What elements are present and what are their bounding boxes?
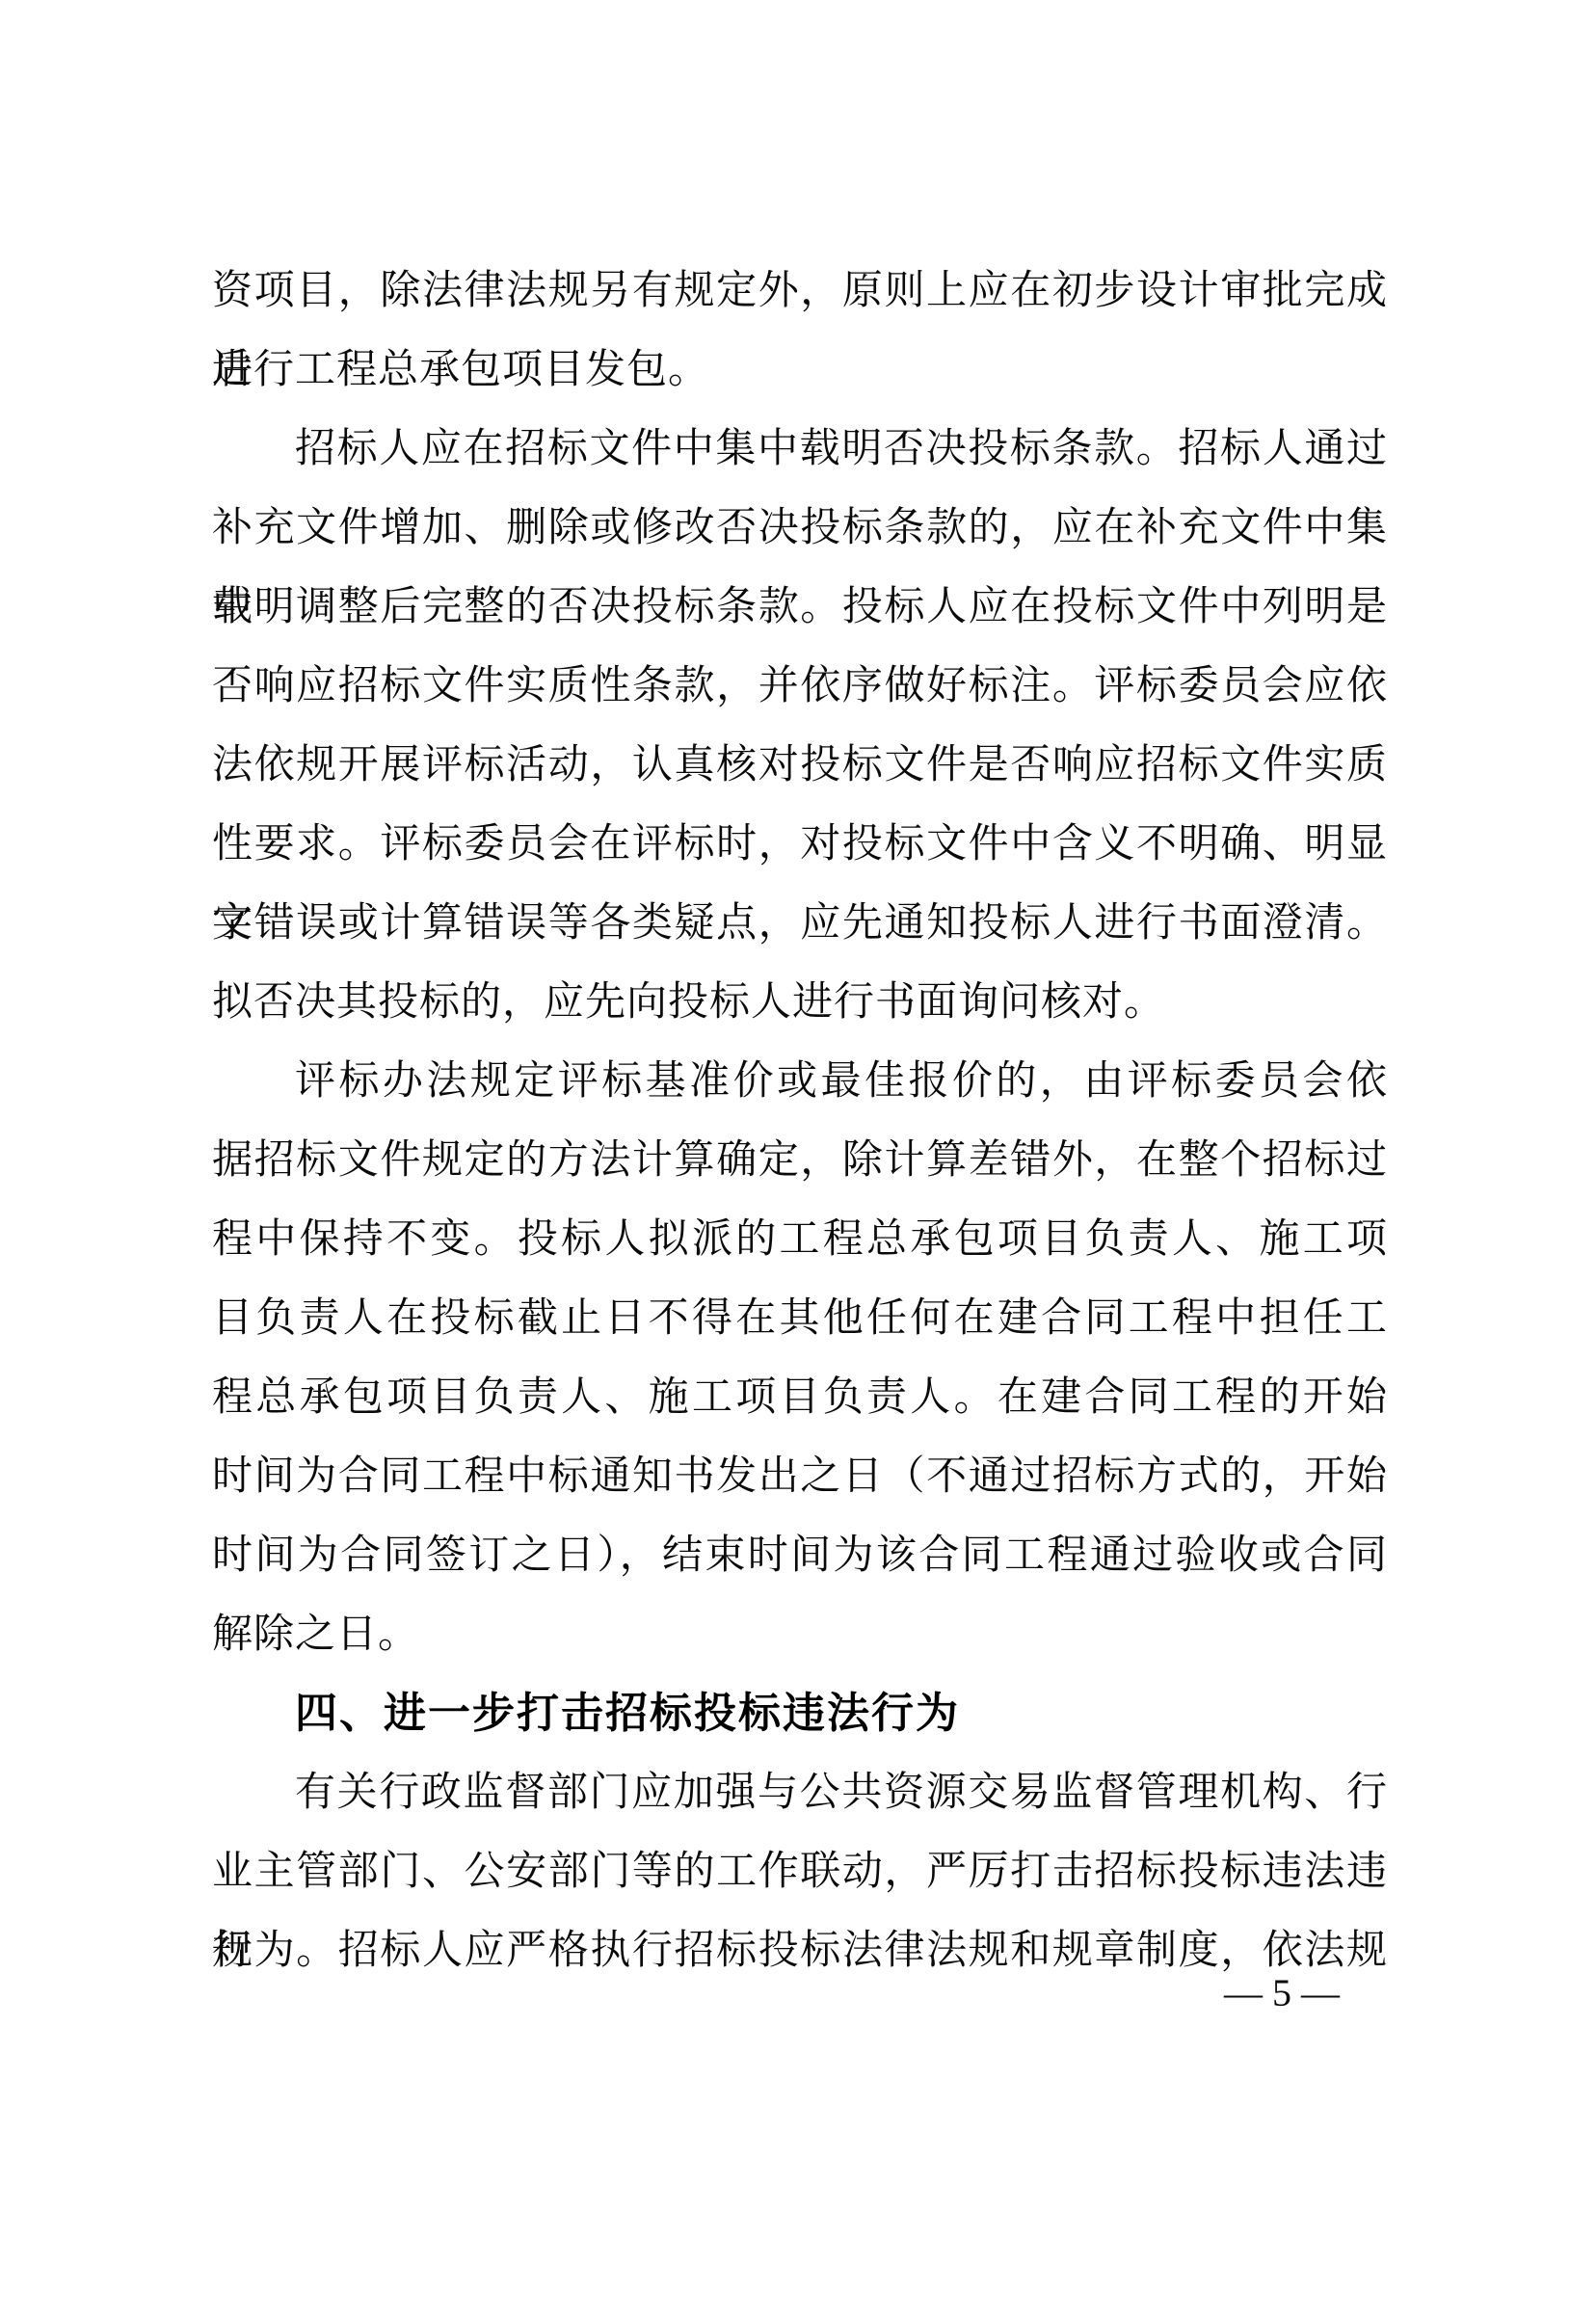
text-line: 法依规开展评标活动，认真核对投标文件是否响应招标文件实质 xyxy=(212,726,1388,805)
text-line: 评标办法规定评标基准价或最佳报价的，由评标委员会依 xyxy=(212,1042,1388,1121)
text-line: 据招标文件规定的方法计算确定，除计算差错外，在整个招标过 xyxy=(212,1121,1388,1200)
text-line: 拟否决其投标的，应先向投标人进行书面询问核对。 xyxy=(212,963,1388,1042)
section-heading: 四、进一步打击招标投标违法行为 xyxy=(212,1674,1388,1753)
document-page: 资项目，除法律法规另有规定外，原则上应在初步设计审批完成后 进行工程总承包项目发… xyxy=(0,0,1596,2320)
text-line: 补充文件增加、删除或修改否决投标条款的，应在补充文件中集中 xyxy=(212,489,1388,568)
text-line: 目负责人在投标截止日不得在其他任何在建合同工程中担任工 xyxy=(212,1279,1388,1358)
text-line: 程总承包项目负责人、施工项目负责人。在建合同工程的开始 xyxy=(212,1358,1388,1437)
text-line: 程中保持不变。投标人拟派的工程总承包项目负责人、施工项 xyxy=(212,1200,1388,1279)
text-line: 业主管部门、公安部门等的工作联动，严厉打击招标投标违法违规 xyxy=(212,1832,1388,1911)
page-number: — 5 — xyxy=(1205,1964,1359,2022)
text-line: 时间为合同签订之日），结束时间为该合同工程通过验收或合同 xyxy=(212,1516,1388,1595)
text-line: 字错误或计算错误等各类疑点，应先通知投标人进行书面澄清。 xyxy=(212,884,1388,963)
text-line: 资项目，除法律法规另有规定外，原则上应在初步设计审批完成后 xyxy=(212,252,1388,331)
text-line: 招标人应在招标文件中集中载明否决投标条款。招标人通过 xyxy=(212,410,1388,489)
text-line: 有关行政监督部门应加强与公共资源交易监督管理机构、行 xyxy=(212,1753,1388,1832)
text-line: 解除之日。 xyxy=(212,1595,1388,1674)
text-line: 时间为合同工程中标通知书发出之日（不通过招标方式的，开始 xyxy=(212,1437,1388,1516)
text-line: 性要求。评标委员会在评标时，对投标文件中含义不明确、明显文 xyxy=(212,805,1388,884)
text-line: 载明调整后完整的否决投标条款。投标人应在投标文件中列明是 xyxy=(212,568,1388,647)
text-line: 否响应招标文件实质性条款，并依序做好标注。评标委员会应依 xyxy=(212,647,1388,726)
text-line: 进行工程总承包项目发包。 xyxy=(212,331,1388,410)
body-text-block: 资项目，除法律法规另有规定外，原则上应在初步设计审批完成后 进行工程总承包项目发… xyxy=(212,252,1388,1990)
